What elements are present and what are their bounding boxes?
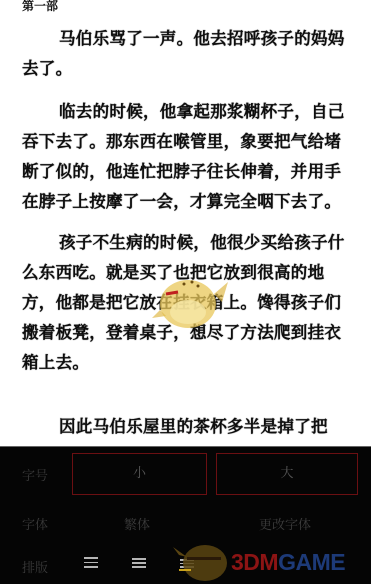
- font-size-label: 字号: [22, 465, 48, 484]
- paragraph: 临去的时候，他拿起那浆糊杯子，自己吞下去了。那东西在喉管里，象要把气给堵断了似的…: [22, 97, 354, 217]
- reader-content[interactable]: 第一部 马伯乐骂了一声。他去招呼孩子的妈妈去了。 临去的时候，他拿起那浆糊杯子，…: [0, 0, 371, 445]
- font-row: 字体 繁体 更改字体: [0, 502, 371, 546]
- change-font-button[interactable]: 更改字体: [259, 514, 311, 533]
- traditional-chinese-button[interactable]: 繁体: [124, 514, 150, 533]
- line-spacing-wide-icon[interactable]: [84, 557, 98, 571]
- paragraph: 孩子不生病的时候，他很少买给孩子什么东西吃。就是买了也把它放到很高的地方，他都是…: [22, 228, 354, 378]
- chapter-title: 第一部: [22, 0, 58, 14]
- paragraph: 马伯乐骂了一声。他去招呼孩子的妈妈去了。: [22, 24, 354, 84]
- line-spacing-narrow-icon[interactable]: [180, 557, 194, 573]
- font-larger-button[interactable]: 大: [216, 453, 358, 495]
- font-label: 字体: [22, 514, 48, 533]
- paragraph: 因此马伯乐屋里的茶杯多半是掉了把: [22, 412, 354, 442]
- reading-settings-panel: 字号 小 大 字体 繁体 更改字体 排版 3DMGAME: [0, 446, 371, 584]
- line-spacing-medium-icon[interactable]: [132, 557, 146, 572]
- font-size-row: 字号 小 大: [0, 453, 371, 497]
- layout-row: 排版: [0, 545, 371, 584]
- layout-label: 排版: [22, 557, 48, 576]
- font-smaller-button[interactable]: 小: [72, 453, 207, 495]
